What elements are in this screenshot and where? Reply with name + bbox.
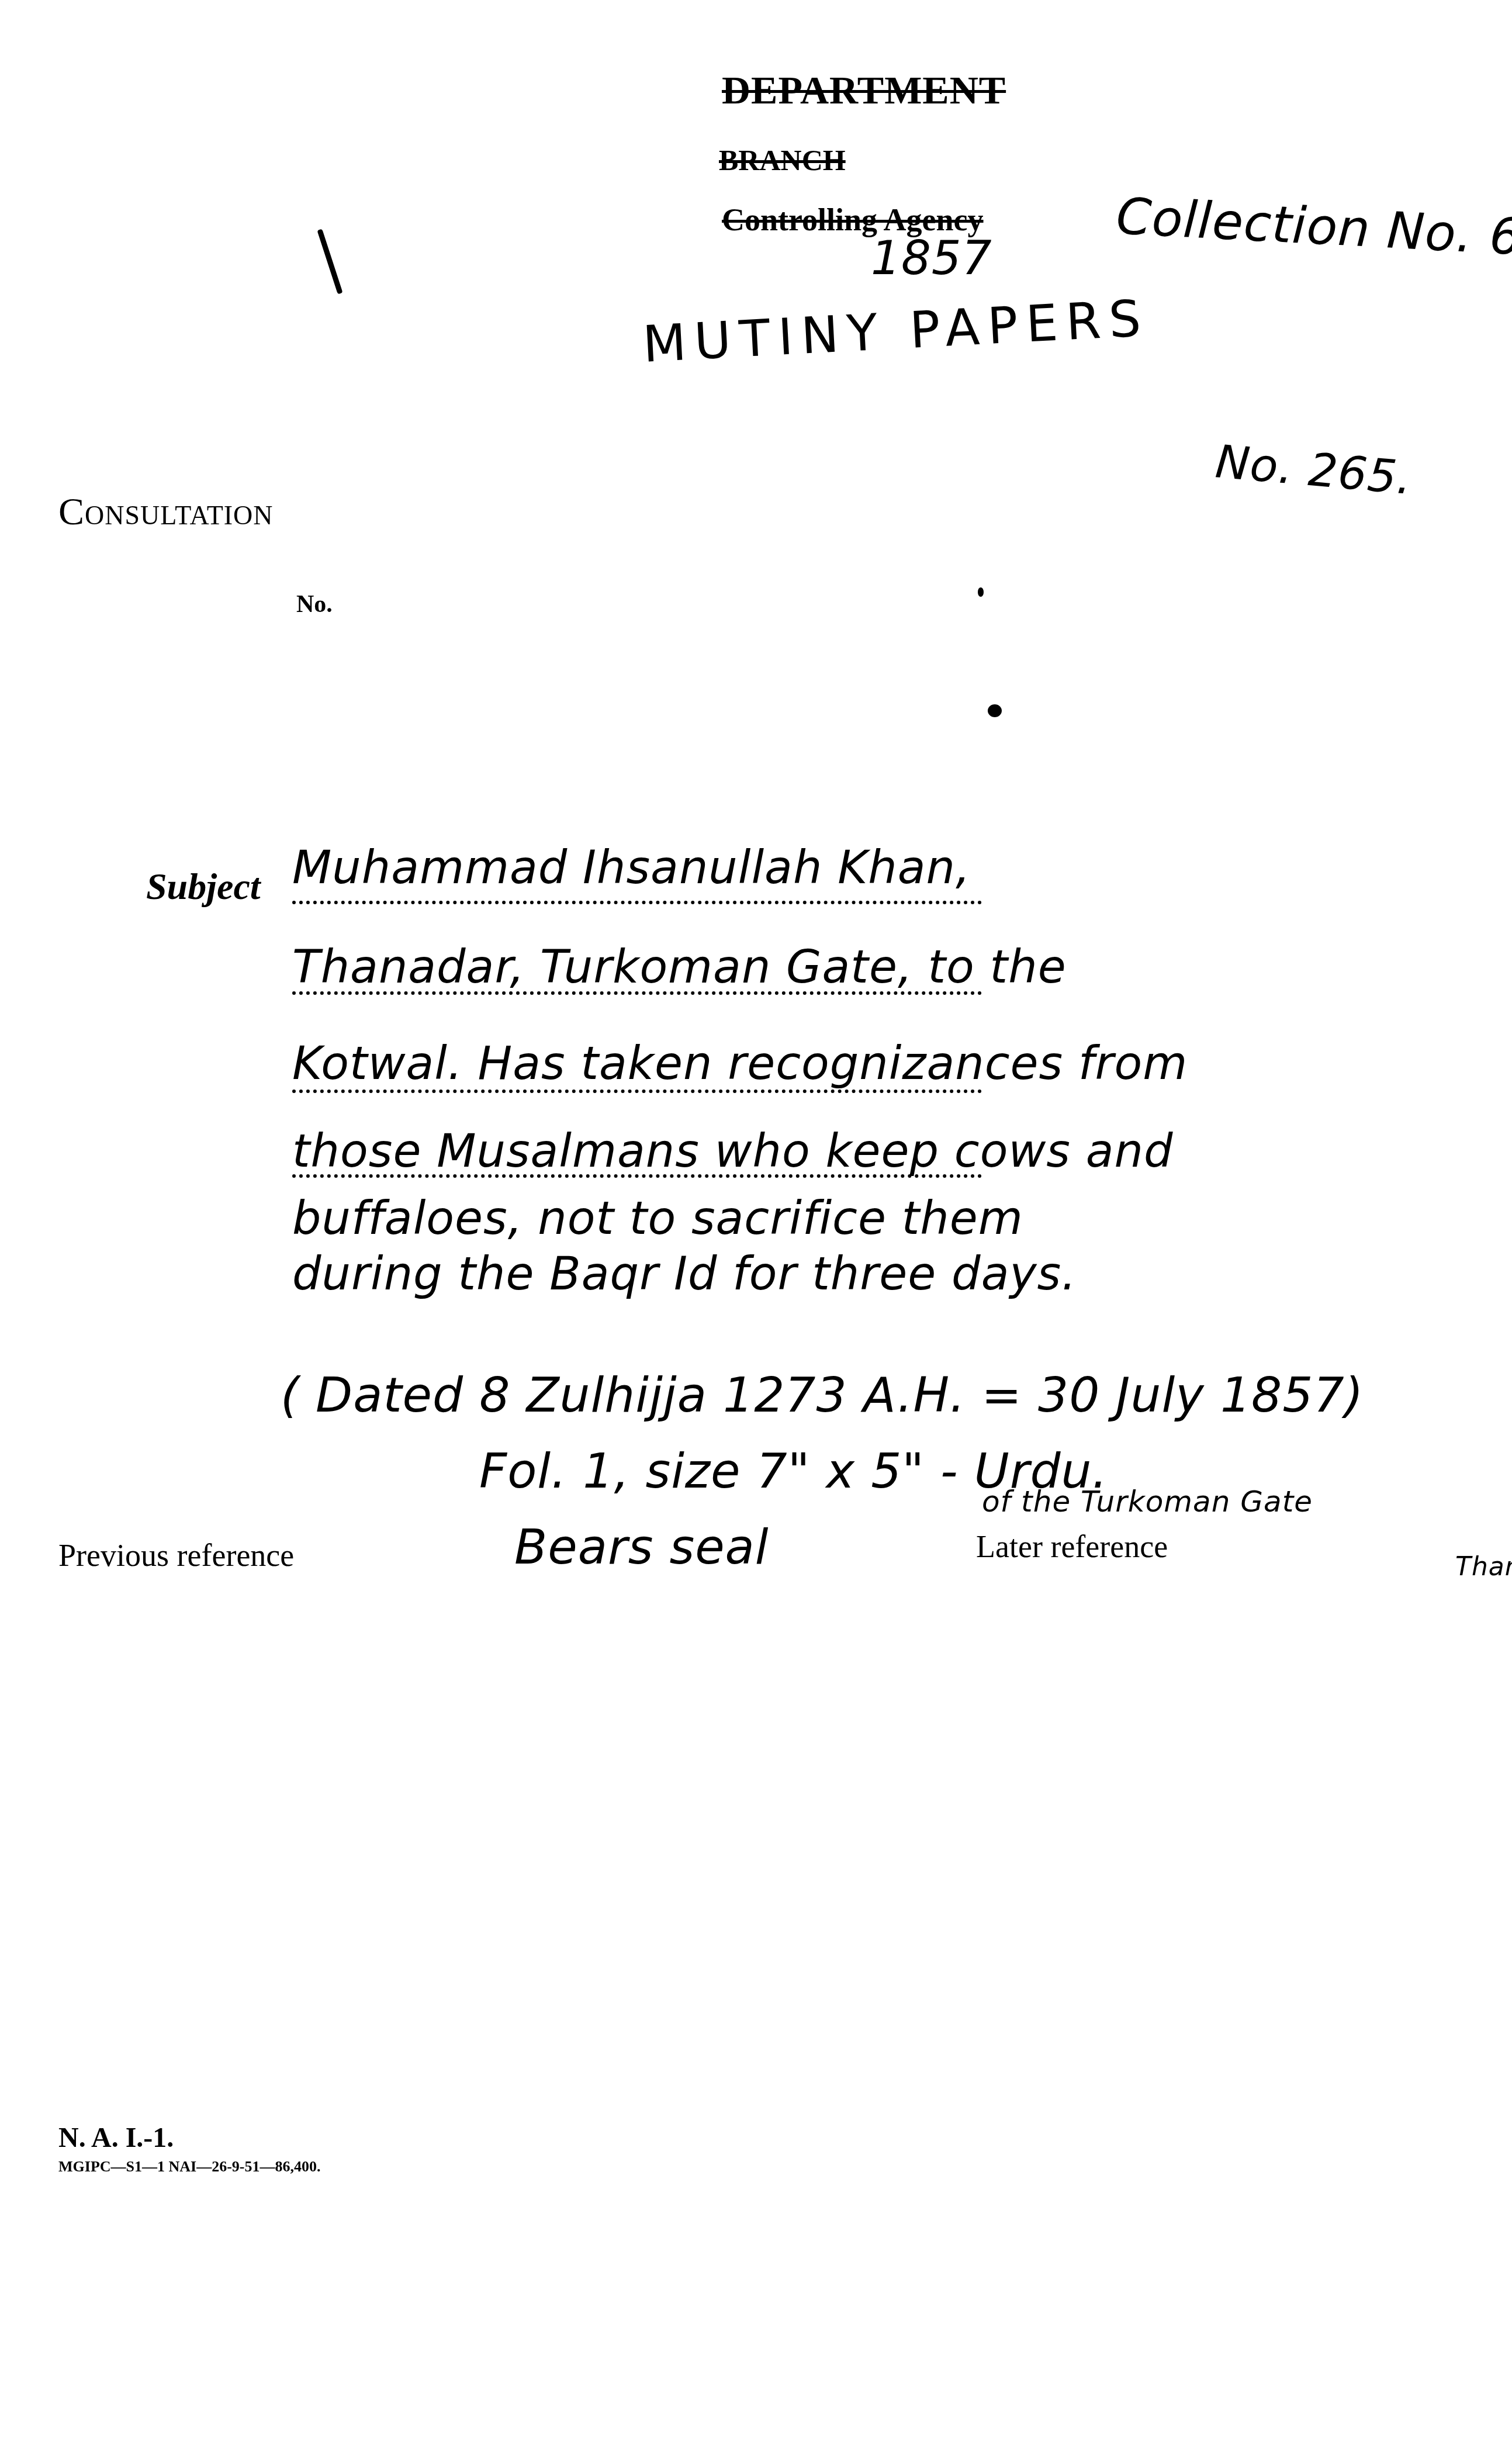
- ink-speck: [978, 587, 984, 597]
- seal-note-end: Thana.: [1455, 1552, 1512, 1582]
- subject-dotted-rule: [292, 1171, 982, 1178]
- subject-dotted-rule: [292, 988, 982, 995]
- seal-note-continuation: of the Turkoman Gate: [982, 1485, 1313, 1519]
- pen-stroke-mark: [317, 229, 342, 294]
- year-annotation: 1857: [871, 231, 992, 285]
- subject-line-1: Muhammad Ihsanullah Khan,: [292, 842, 971, 894]
- branch-label: BRANCH: [719, 143, 846, 177]
- file-number: No. 265.: [1213, 435, 1414, 505]
- subject-label: Subject: [146, 865, 261, 908]
- seal-note-start: Bears seal: [514, 1520, 769, 1575]
- subject-dotted-rule: [292, 897, 982, 904]
- subject-line-6: during the Baqr Id for three days.: [292, 1248, 1077, 1301]
- previous-reference-label: Previous reference: [58, 1537, 294, 1573]
- series-title: MUTINY PAPERS: [641, 289, 1150, 374]
- subject-line-3: Kotwal. Has taken recognizances from: [292, 1037, 1188, 1090]
- date-note: ( Dated 8 Zulhijja 1273 A.H. = 30 July 1…: [281, 1368, 1364, 1423]
- collection-number: Collection No. 61: [1115, 187, 1512, 268]
- consultation-number-label: No.: [296, 590, 333, 618]
- subject-dotted-rule: [292, 1086, 982, 1093]
- later-reference-label: Later reference: [976, 1528, 1168, 1565]
- subject-line-5: buffaloes, not to sacrifice them: [292, 1192, 1023, 1245]
- subject-line-2: Thanadar, Turkoman Gate, to the: [292, 941, 1067, 994]
- consultation-heading: Consultation: [58, 490, 274, 534]
- form-code: N. A. I.-1.: [58, 2122, 174, 2154]
- ink-dot: [988, 704, 1002, 717]
- printer-imprint: MGIPC—S1—1 NAI—26-9-51—86,400.: [58, 2158, 321, 2176]
- department-label: DEPARTMENT: [722, 67, 1006, 113]
- subject-line-4: those Musalmans who keep cows and: [292, 1125, 1173, 1178]
